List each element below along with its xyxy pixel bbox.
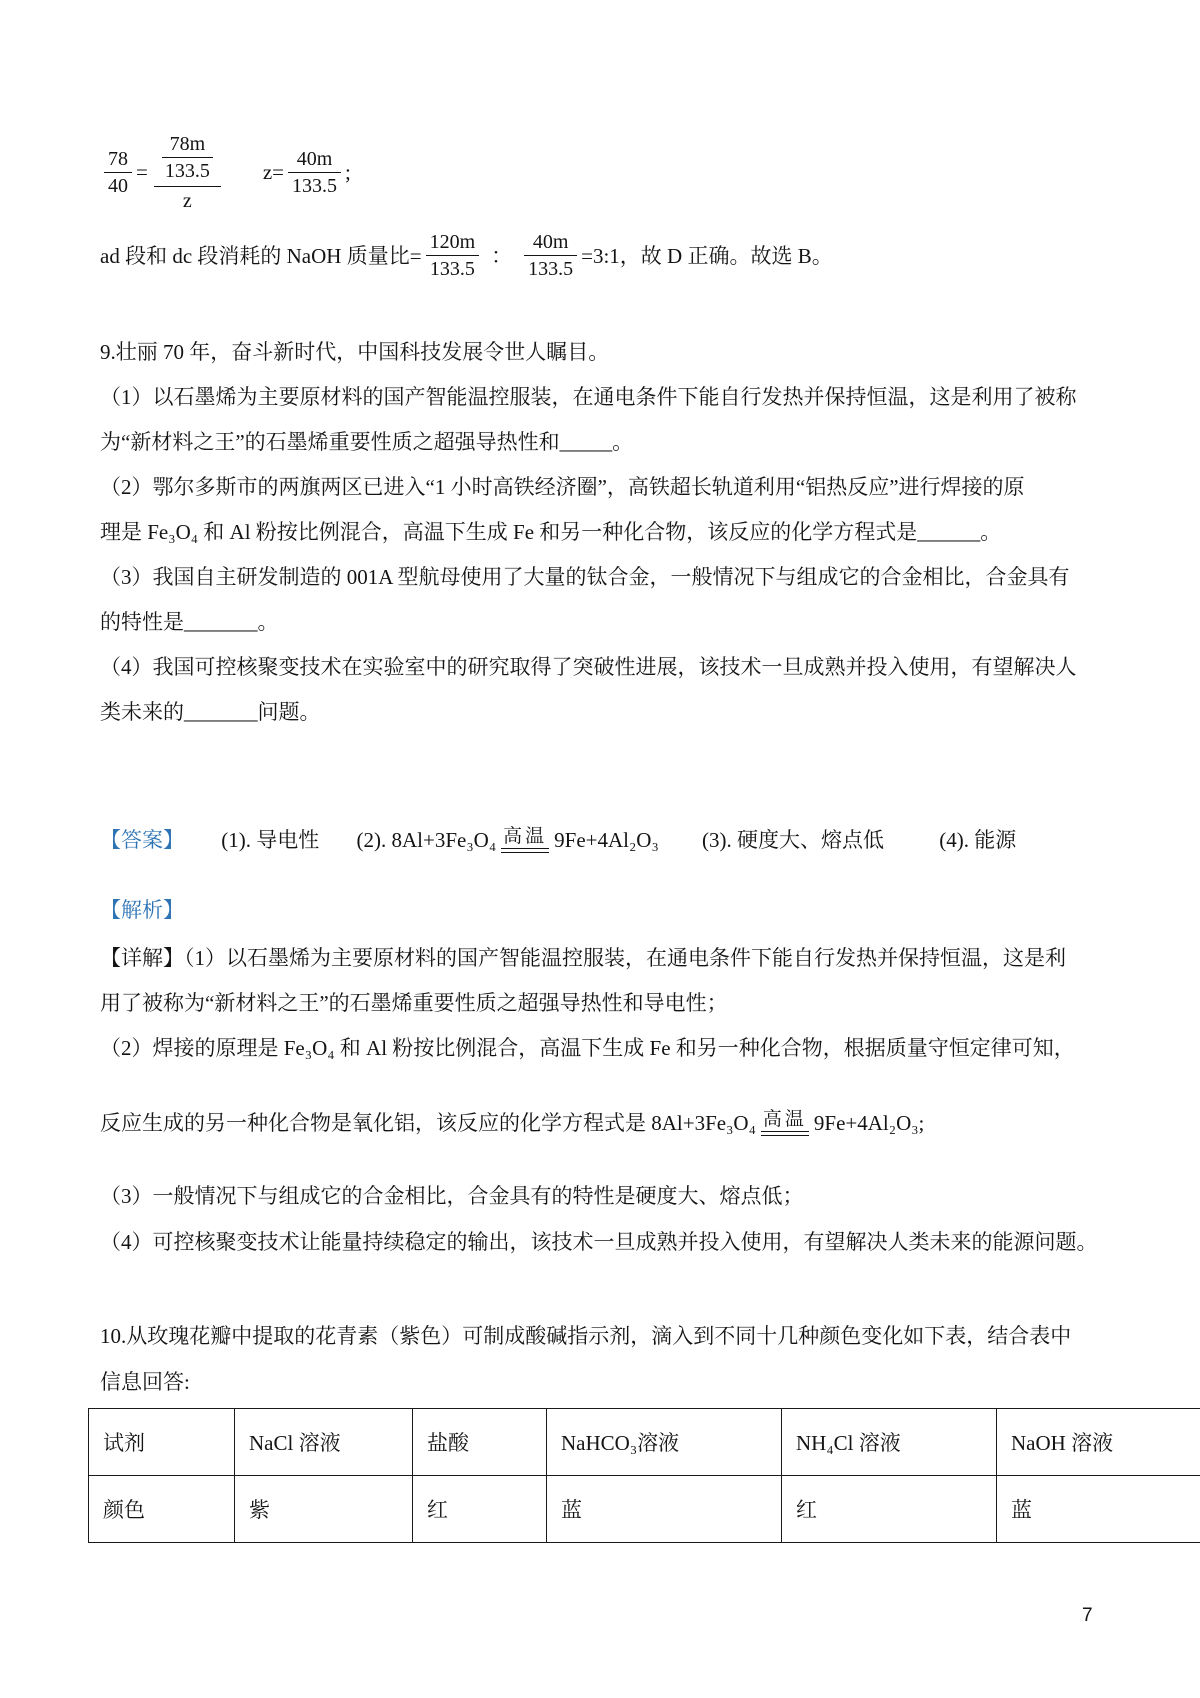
reaction-condition: 高温 [761,1109,809,1136]
fraction-numerator: 40m [524,230,577,256]
answer-part-1: (1). 导电性 [221,828,319,852]
answer-part-2-lhs: (2). 8Al+3Fe₃O₄ [357,828,497,852]
answer-part-3: (3). 硬度大、熔点低 [702,828,884,852]
ratio-colon: ： [491,240,512,270]
table-header-cell: NaHCO₃溶液 [547,1409,782,1476]
fraction-denominator: 133.5 [288,173,341,198]
table-cell: 红 [782,1476,997,1543]
inner-fraction-numerator: 78m [162,132,213,158]
page-number: 7 [1082,1605,1093,1627]
answer-part-2-rhs: 9Fe+4Al₂O₃ [554,828,659,852]
analysis-label: 【解析】 [100,888,184,933]
question-9-line: 类未来的_______问题。 [100,690,1077,735]
fraction-120m: 120m 133.5 [426,230,480,281]
table-cell: 红 [413,1476,547,1543]
table-header-cell: NH₄Cl 溶液 [782,1409,997,1476]
question-10-line: 信息回答: [100,1359,1071,1405]
table-cell: 蓝 [997,1476,1200,1543]
question-9-line: 的特性是_______。 [100,600,1077,645]
question-9-line: （3）我国自主研发制造的 001A 型航母使用了大量的钛合金，一般情况下与组成它… [100,555,1077,600]
fraction-denominator: 133.5 [426,256,480,281]
question-10: 10.从玫瑰花瓣中提取的花青素（紫色）可制成酸碱指示剂，滴入到不同十几种颜色变化… [100,1313,1071,1405]
question-9-line: （2）鄂尔多斯市的两旗两区已进入“1 小时高铁经济圈”，高铁超长轨道利用“铝热反… [100,465,1077,510]
double-bond-equals [501,848,549,853]
naoh-line-prefix: ad 段和 dc 段消耗的 NaOH 质量比= [100,240,422,270]
fraction-numerator: 120m [426,230,480,256]
answer-part-4: (4). 能源 [939,828,1016,852]
math-block-ratio: 78 40 = 78m 133.5 z z= 40m 133.5 ; [100,132,351,213]
table-row: 颜色 紫 红 蓝 红 蓝 [89,1476,1200,1543]
question-9-line: （1）以石墨烯为主要原材料的国产智能温控服装，在通电条件下能自行发热并保持恒温，… [100,375,1077,420]
fraction-78-40: 78 40 [104,147,132,198]
question-10-line: 10.从玫瑰花瓣中提取的花青素（紫色）可制成酸碱指示剂，滴入到不同十几种颜色变化… [100,1313,1071,1359]
table-header-cell: 试剂 [89,1409,235,1476]
table-header-cell: NaOH 溶液 [997,1409,1200,1476]
analysis-tail-line: （4）可控核聚变技术让能量持续稳定的输出，该技术一旦成熟并投入使用，有望解决人类… [100,1219,1098,1265]
table-cell: 蓝 [547,1476,782,1543]
z-equals: z= [263,160,284,185]
analysis-detail: 【详解】（1）以石墨烯为主要原材料的国产智能温控服装，在通电条件下能自行发热并保… [100,936,1075,1071]
table-cell: 紫 [235,1476,413,1543]
fraction-40m-2: 40m 133.5 [524,230,577,281]
question-9: 9.壮丽 70 年，奋斗新时代，中国科技发展令世人瞩目。 （1）以石墨烯为主要原… [100,330,1077,735]
double-bond-equals [761,1131,809,1136]
naoh-line-suffix: =3:1，故 D 正确。故选 B。 [581,240,833,270]
inner-fraction-denominator: 133.5 [162,158,213,183]
answer-label: 【答案】 [100,828,184,852]
question-9-line: 为“新材料之王”的石墨烯重要性质之超强导热性和_____。 [100,420,1077,465]
naoh-ratio-line: ad 段和 dc 段消耗的 NaOH 质量比= 120m 133.5 ： 40m… [100,224,833,286]
analysis-detail-line: 【详解】（1）以石墨烯为主要原材料的国产智能温控服装，在通电条件下能自行发热并保… [100,936,1075,981]
reaction-condition: 高温 [501,826,549,853]
fraction-numerator: 40m [288,147,341,173]
table-header-cell: 盐酸 [413,1409,547,1476]
nested-fraction-denominator: z [154,187,221,213]
table-header-row: 试剂 NaCl 溶液 盐酸 NaHCO₃溶液 NH₄Cl 溶液 NaOH 溶液 [89,1409,1200,1476]
reaction-condition-text: 高温 [501,826,549,847]
question-9-line: （4）我国可控核聚变技术在实验室中的研究取得了突破性进展，该技术一旦成熟并投入使… [100,645,1077,690]
inner-fraction: 78m 133.5 [162,132,213,183]
indicator-color-table: 试剂 NaCl 溶液 盐酸 NaHCO₃溶液 NH₄Cl 溶液 NaOH 溶液 … [88,1408,1200,1543]
reaction-condition-text: 高温 [761,1109,809,1130]
fraction-40m: 40m 133.5 [288,147,341,198]
semicolon: ; [345,160,351,185]
analysis-tail: （3）一般情况下与组成它的合金相比，合金具有的特性是硬度大、熔点低； （4）可控… [100,1173,1098,1265]
analysis-detail-line: （2）焊接的原理是 Fe₃O₄ 和 Al 粉按比例混合，高温下生成 Fe 和另一… [100,1026,1075,1071]
analysis-detail-line: 用了被称为“新材料之王”的石墨烯重要性质之超强导热性和导电性； [100,981,1075,1026]
table-header-cell: NaCl 溶液 [235,1409,413,1476]
analysis-tail-line: （3）一般情况下与组成它的合金相比，合金具有的特性是硬度大、熔点低； [100,1173,1098,1219]
equation-lhs: 反应生成的另一种化合物是氧化铝，该反应的化学方程式是 8Al+3Fe₃O₄ [100,1111,756,1135]
question-9-title: 9.壮丽 70 年，奋斗新时代，中国科技发展令世人瞩目。 [100,330,1077,375]
analysis-equation-line: 反应生成的另一种化合物是氧化铝，该反应的化学方程式是 8Al+3Fe₃O₄高温9… [100,1101,924,1146]
fraction-denominator: 133.5 [524,256,577,281]
equals-sign: = [136,160,148,185]
fraction-numerator: 78 [104,147,132,173]
question-9-line: 理是 Fe₃O₄ 和 Al 粉按比例混合，高温下生成 Fe 和另一种化合物，该反… [100,510,1077,555]
nested-fraction-numerator: 78m 133.5 [154,132,221,187]
equation-rhs: 9Fe+4Al₂O₃; [814,1111,925,1135]
answer-line: 【答案】 (1). 导电性 (2). 8Al+3Fe₃O₄高温9Fe+4Al₂O… [100,818,1016,863]
document-page: 78 40 = 78m 133.5 z z= 40m 133.5 ; ad 段和… [0,0,1200,1698]
fraction-denominator: 40 [104,173,132,198]
table-cell: 颜色 [89,1476,235,1543]
nested-fraction: 78m 133.5 z [154,132,221,213]
